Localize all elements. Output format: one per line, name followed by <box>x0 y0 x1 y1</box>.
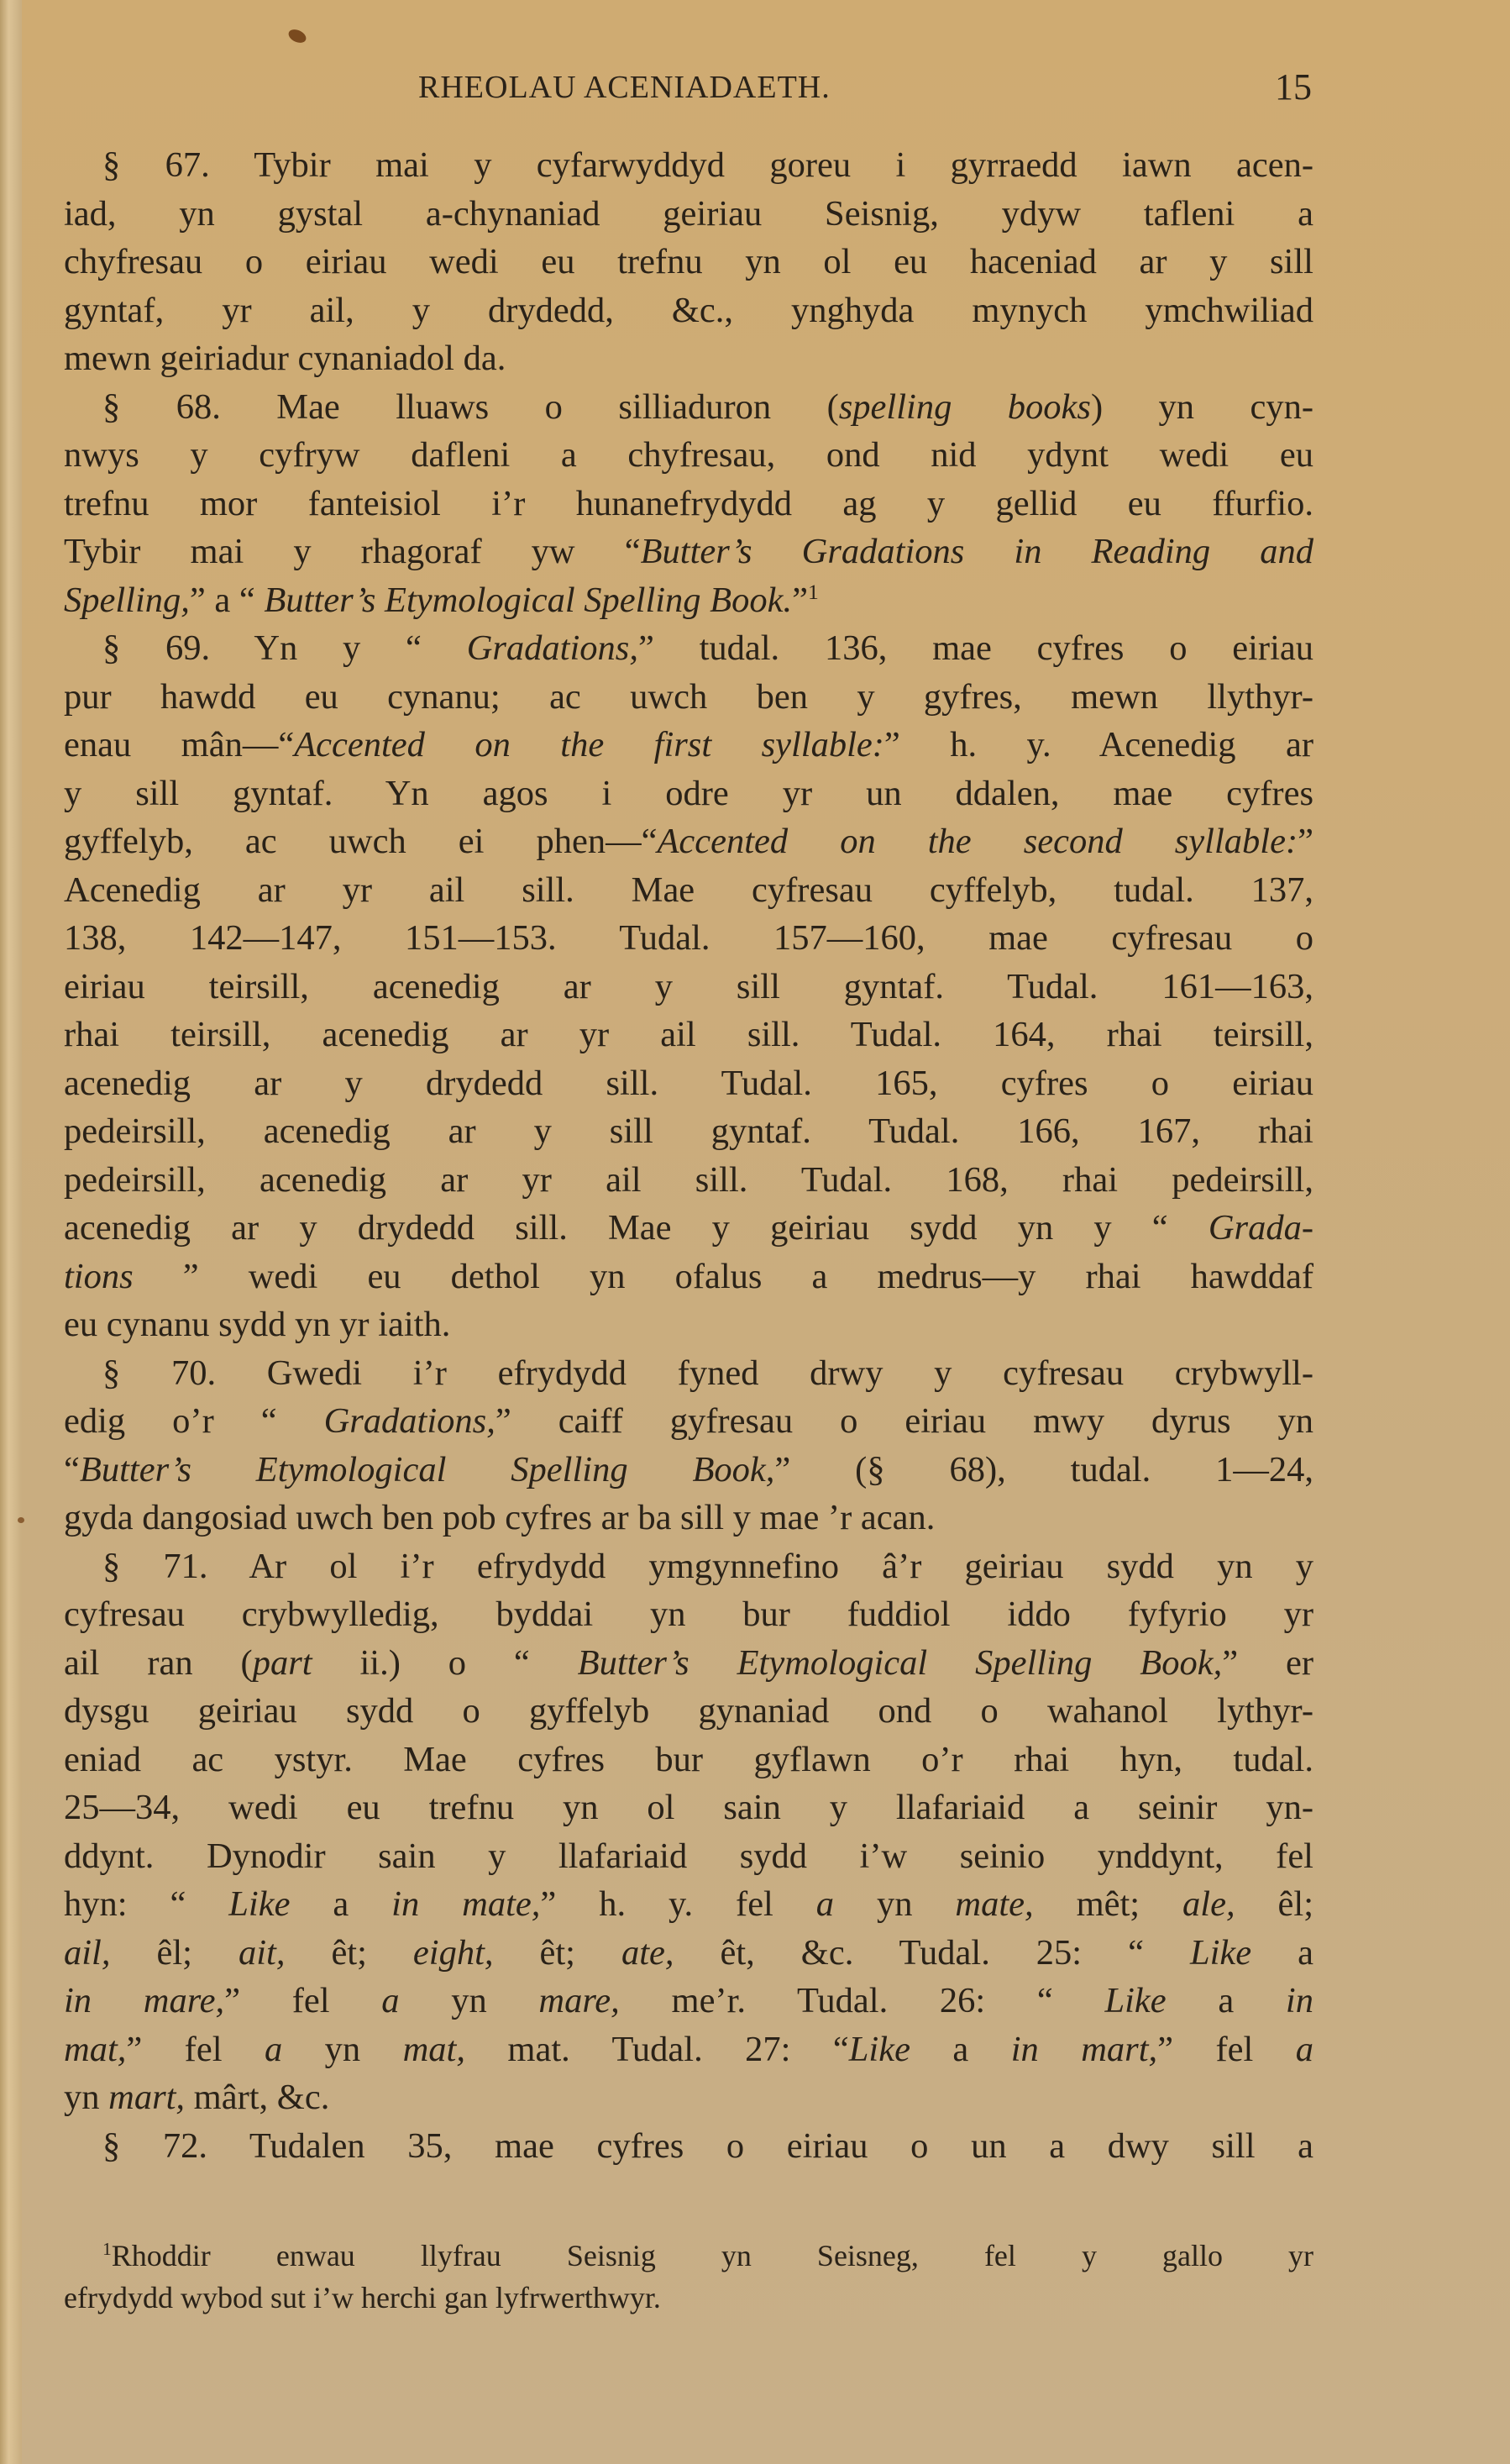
paragraph-first-line: § 67. Tybir mai y cyfarwyddyd goreu i gy… <box>64 141 1313 190</box>
ink-spot <box>286 27 308 45</box>
text-line: nwys y cyfryw dafleni a chyfresau, ond n… <box>64 431 1313 480</box>
footnote-marker: 1 <box>102 2239 112 2259</box>
footnote-line: efrydydd wybod sut i’w herchi gan lyfrwe… <box>64 2277 1313 2319</box>
running-head: RHEOLAU ACENIADAETH. 15 <box>0 69 1510 111</box>
text-line: hyn: “ Like a in mate,” h. y. fel a yn m… <box>64 1880 1313 1929</box>
text-line: pur hawdd eu cynanu; ac uwch ben y gyfre… <box>64 673 1313 722</box>
text-line: eiriau teirsill, acenedig ar y sill gynt… <box>64 963 1313 1011</box>
text-line: tions ” wedi eu dethol yn ofalus a medru… <box>64 1253 1313 1301</box>
text-line: cyfresau crybwylledig, byddai yn bur fud… <box>64 1590 1313 1639</box>
paragraph-first-line: § 68. Mae lluaws o silliaduron (spelling… <box>64 383 1313 432</box>
text-line: gyda dangosiad uwch ben pob cyfres ar ba… <box>64 1494 1313 1542</box>
page-number: 15 <box>1275 66 1312 108</box>
text-line: mewn geiriadur cynaniadol da. <box>64 334 1313 383</box>
text-line: “Butter’s Etymological Spelling Book,” (… <box>64 1446 1313 1495</box>
text-line: rhai teirsill, acenedig ar yr ail sill. … <box>64 1011 1313 1059</box>
text-line: acenedig ar y drydedd sill. Tudal. 165, … <box>64 1059 1313 1108</box>
text-line: ddynt. Dynodir sain y llafariaid sydd i’… <box>64 1832 1313 1881</box>
text-line: 25—34, wedi eu trefnu yn ol sain y llafa… <box>64 1784 1313 1832</box>
text-line: Spelling,” a “ Butter’s Etymological Spe… <box>64 576 1313 625</box>
text-line: gyffelyb, ac uwch ei phen—“Accented on t… <box>64 817 1313 866</box>
text-line: mat,” fel a yn mat, mat. Tudal. 27: “Lik… <box>64 2025 1313 2074</box>
page-edge-shadow <box>0 0 22 2464</box>
text-line: pedeirsill, acenedig ar y sill gyntaf. T… <box>64 1107 1313 1156</box>
text-line: ail ran (part ii.) o “ Butter’s Etymolog… <box>64 1639 1313 1688</box>
text-line: trefnu mor fanteisiol i’r hunanefrydydd … <box>64 480 1313 528</box>
text-line: acenedig ar y drydedd sill. Mae y geiria… <box>64 1204 1313 1253</box>
text-line: edig o’r “ Gradations,” caiff gyfresau o… <box>64 1397 1313 1446</box>
text-line: in mare,” fel a yn mare, me’r. Tudal. 26… <box>64 1977 1313 2025</box>
text-line: gyntaf, yr ail, y drydedd, &c., ynghyda … <box>64 286 1313 335</box>
text-line: Acenedig ar yr ail sill. Mae cyfresau cy… <box>64 866 1313 915</box>
text-line: iad, yn gystal a-chynaniad geiriau Seisn… <box>64 190 1313 239</box>
text-line: 138, 142—147, 151—153. Tudal. 157—160, m… <box>64 914 1313 963</box>
text-line: ail, êl; ait, êt; eight, êt; ate, êt, &c… <box>64 1929 1313 1978</box>
body-text: § 67. Tybir mai y cyfarwyddyd goreu i gy… <box>64 141 1313 2170</box>
running-title: RHEOLAU ACENIADAETH. <box>418 69 831 106</box>
paragraph-first-line: § 69. Yn y “ Gradations,” tudal. 136, ma… <box>64 624 1313 673</box>
text-line: Tybir mai y rhagoraf yw “Butter’s Gradat… <box>64 528 1313 576</box>
text-line: eniad ac ystyr. Mae cyfres bur gyflawn o… <box>64 1736 1313 1784</box>
text-line: yn mart, mârt, &c. <box>64 2073 1313 2122</box>
text-line: pedeirsill, acenedig ar yr ail sill. Tud… <box>64 1156 1313 1205</box>
text-line: enau mân—“Accented on the first syllable… <box>64 721 1313 770</box>
footnote-line: 1Rhoddir enwau llyfrau Seisnig yn Seisne… <box>64 2235 1313 2277</box>
paragraph-first-line: § 72. Tudalen 35, mae cyfres o eiriau o … <box>64 2122 1313 2171</box>
paragraph-first-line: § 70. Gwedi i’r efrydydd fyned drwy y cy… <box>64 1349 1313 1398</box>
text-line: eu cynanu sydd yn yr iaith. <box>64 1300 1313 1349</box>
text-line: dysgu geiriau sydd o gyffelyb gynaniad o… <box>64 1687 1313 1736</box>
margin-speck <box>18 1517 24 1523</box>
text-line: y sill gyntaf. Yn agos i odre yr un ddal… <box>64 770 1313 818</box>
text-line: chyfresau o eiriau wedi eu trefnu yn ol … <box>64 238 1313 286</box>
footnotes: 1Rhoddir enwau llyfrau Seisnig yn Seisne… <box>64 2235 1313 2319</box>
paragraph-first-line: § 71. Ar ol i’r efrydydd ymgynnefino â’r… <box>64 1542 1313 1591</box>
